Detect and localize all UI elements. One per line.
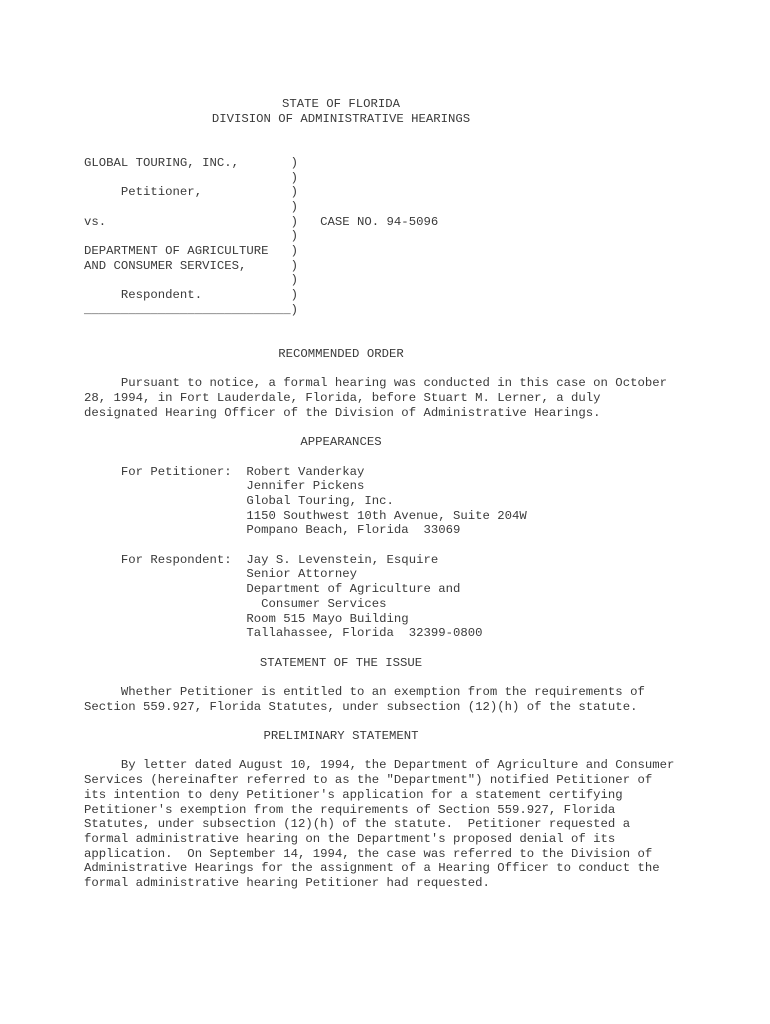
appearances-petitioner-block: For Petitioner: Robert Vanderkay Jennife… <box>84 465 674 539</box>
caption-line-petitioner-name: GLOBAL TOURING, INC., ) <box>84 156 674 171</box>
section-heading-appearances: APPEARANCES <box>84 435 598 450</box>
paragraph-statement-of-issue: Whether Petitioner is entitled to an exe… <box>84 685 674 714</box>
document-page: STATE OF FLORIDA DIVISION OF ADMINISTRAT… <box>0 0 770 1024</box>
caption-line: ) <box>84 273 674 288</box>
caption-line: ) <box>84 171 674 186</box>
caption-line: ) <box>84 229 674 244</box>
document-content: STATE OF FLORIDA DIVISION OF ADMINISTRAT… <box>84 97 674 891</box>
caption-line-respondent-label: Respondent. ) <box>84 288 674 303</box>
petitioner-counsel-name-2: Jennifer Pickens <box>84 479 674 494</box>
paragraph-hearing-notice: Pursuant to notice, a formal hearing was… <box>84 376 674 420</box>
paragraph-preliminary-statement: By letter dated August 10, 1994, the Dep… <box>84 758 674 890</box>
section-heading-statement-of-issue: STATEMENT OF THE ISSUE <box>84 656 598 671</box>
caption-line-petitioner-label: Petitioner, ) <box>84 185 674 200</box>
caption-line-case-number: vs. ) CASE NO. 94-5096 <box>84 215 674 230</box>
respondent-counsel-address: Room 515 Mayo Building <box>84 612 674 627</box>
court-header: STATE OF FLORIDA DIVISION OF ADMINISTRAT… <box>84 97 598 126</box>
section-heading-preliminary-statement: PRELIMINARY STATEMENT <box>84 729 598 744</box>
petitioner-counsel-address: 1150 Southwest 10th Avenue, Suite 204W <box>84 509 674 524</box>
caption-line-respondent-name: DEPARTMENT OF AGRICULTURE ) <box>84 244 674 259</box>
caption-line-respondent-name-2: AND CONSUMER SERVICES, ) <box>84 259 674 274</box>
appearances-respondent-block: For Respondent: Jay S. Levenstein, Esqui… <box>84 553 674 641</box>
respondent-counsel-name: For Respondent: Jay S. Levenstein, Esqui… <box>84 553 674 568</box>
petitioner-counsel-name: For Petitioner: Robert Vanderkay <box>84 465 674 480</box>
caption-line: ) <box>84 200 674 215</box>
caption-rule-line: ____________________________) <box>84 303 674 318</box>
division-name: DIVISION OF ADMINISTRATIVE HEARINGS <box>84 112 598 127</box>
court-name: STATE OF FLORIDA <box>84 97 598 112</box>
respondent-counsel-title: Senior Attorney <box>84 567 674 582</box>
case-caption: GLOBAL TOURING, INC., ) ) Petitioner, ) … <box>84 156 674 318</box>
petitioner-counsel-city: Pompano Beach, Florida 33069 <box>84 523 674 538</box>
respondent-counsel-org: Department of Agriculture and <box>84 582 674 597</box>
respondent-counsel-city: Tallahassee, Florida 32399-0800 <box>84 626 674 641</box>
petitioner-counsel-org: Global Touring, Inc. <box>84 494 674 509</box>
respondent-counsel-org-2: Consumer Services <box>84 597 674 612</box>
section-heading-recommended-order: RECOMMENDED ORDER <box>84 347 598 362</box>
